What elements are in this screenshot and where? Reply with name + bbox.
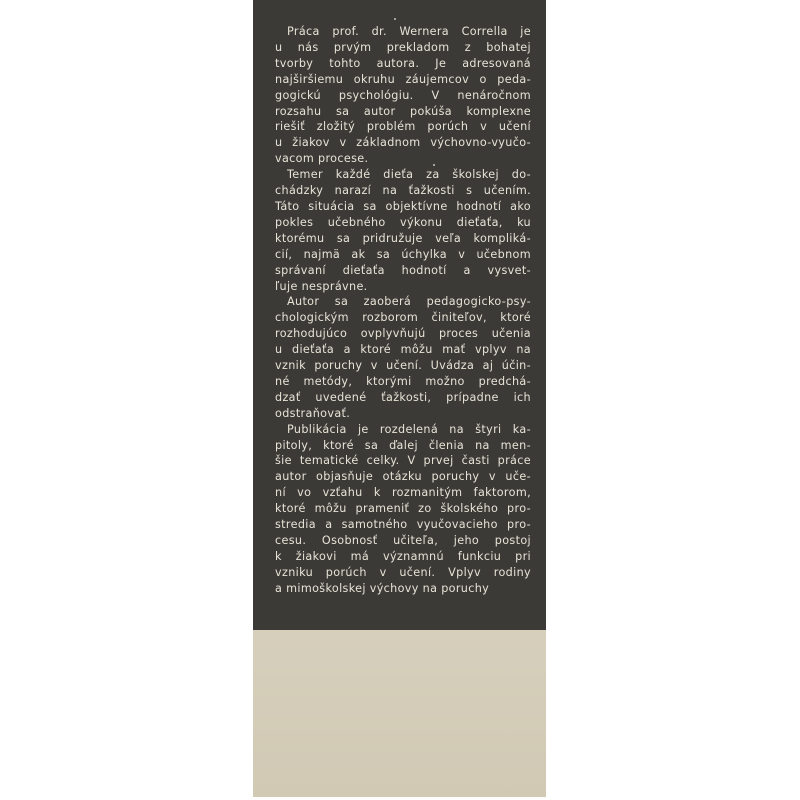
text-line: gogickú psychológiu. V nenáročnom [275,88,531,104]
blank-beige-panel [253,630,546,797]
paragraph: Temer každé dieťa za školskej do-chádzky… [275,167,531,294]
text-line: u dieťaťa a ktoré môžu mať vplyv na [275,342,531,358]
text-line: Táto situácia sa objektívne hodnotí ako [275,199,531,215]
text-line: Temer každé dieťa za školskej do- [275,167,531,183]
text-line: u nás prvým prekladom z bohatej [275,40,531,56]
text-line: najširšiemu okruhu záujemcov o peda- [275,72,531,88]
text-line: chádzky narazí na ťažkosti s učením. [275,183,531,199]
text-line: ktorému sa pridružuje veľa kompliká- [275,231,531,247]
text-line: odstraňovať. [275,406,531,422]
text-line: Publikácia je rozdelená na štyri ka- [275,422,531,438]
text-line: šie tematické celky. V prvej časti práce [275,453,531,469]
text-line: správaní dieťaťa hodnotí a vysvet- [275,263,531,279]
text-line: né metódy, ktorými možno predchá- [275,374,531,390]
text-line: ktoré môžu prameniť zo školského pro- [275,501,531,517]
text-line: a mimoškolskej výchovy na poruchy [275,581,531,597]
blurb-text: Práca prof. dr. Wernera Corrella jeu nás… [275,24,531,597]
text-line: k žiakovi má významnú funkciu pri [275,549,531,565]
text-line: ní vo vzťahu k rozmanitým faktorom, [275,485,531,501]
text-line: pokles učebného výkonu dieťaťa, ku [275,215,531,231]
text-line: stredia a samotného vyučovacieho pro- [275,517,531,533]
paragraph: Autor sa zaoberá pedagogicko-psy-chologi… [275,294,531,421]
text-line: riešiť zložitý problém porúch v učení [275,119,531,135]
text-line: cií, najmä ak sa úchylka v učebnom [275,247,531,263]
text-line: pitoly, ktoré sa ďalej členia na men- [275,438,531,454]
paragraph: Publikácia je rozdelená na štyri ka-pito… [275,422,531,597]
text-line: vzniku porúch v učení. Vplyv rodiny [275,565,531,581]
text-line: u žiakov v základnom výchovno-vyučo- [275,135,531,151]
text-line: cesu. Osobnosť učiteľa, jeho postoj [275,533,531,549]
text-line: autor objasňuje otázku poruchy v uče- [275,469,531,485]
speck [394,18,396,20]
text-line: chologickým rozborom činiteľov, ktoré [275,310,531,326]
text-line: ľuje nesprávne. [275,279,531,295]
text-line: Práca prof. dr. Wernera Corrella je [275,24,531,40]
text-line: rozhodujúco ovplyvňujú proces učenia [275,326,531,342]
dark-text-panel: Práca prof. dr. Wernera Corrella jeu nás… [253,0,546,630]
text-line: dzať uvedené ťažkosti, prípadne ich [275,390,531,406]
book-flap: Práca prof. dr. Wernera Corrella jeu nás… [253,0,546,797]
text-line: rozsahu sa autor pokúša komplexne [275,104,531,120]
text-line: tvorby tohto autora. Je adresovaná [275,56,531,72]
text-line: Autor sa zaoberá pedagogicko-psy- [275,294,531,310]
text-line: vacom procese. [275,151,531,167]
paragraph: Práca prof. dr. Wernera Corrella jeu nás… [275,24,531,167]
text-line: vznik poruchy v učení. Uvádza aj účin- [275,358,531,374]
